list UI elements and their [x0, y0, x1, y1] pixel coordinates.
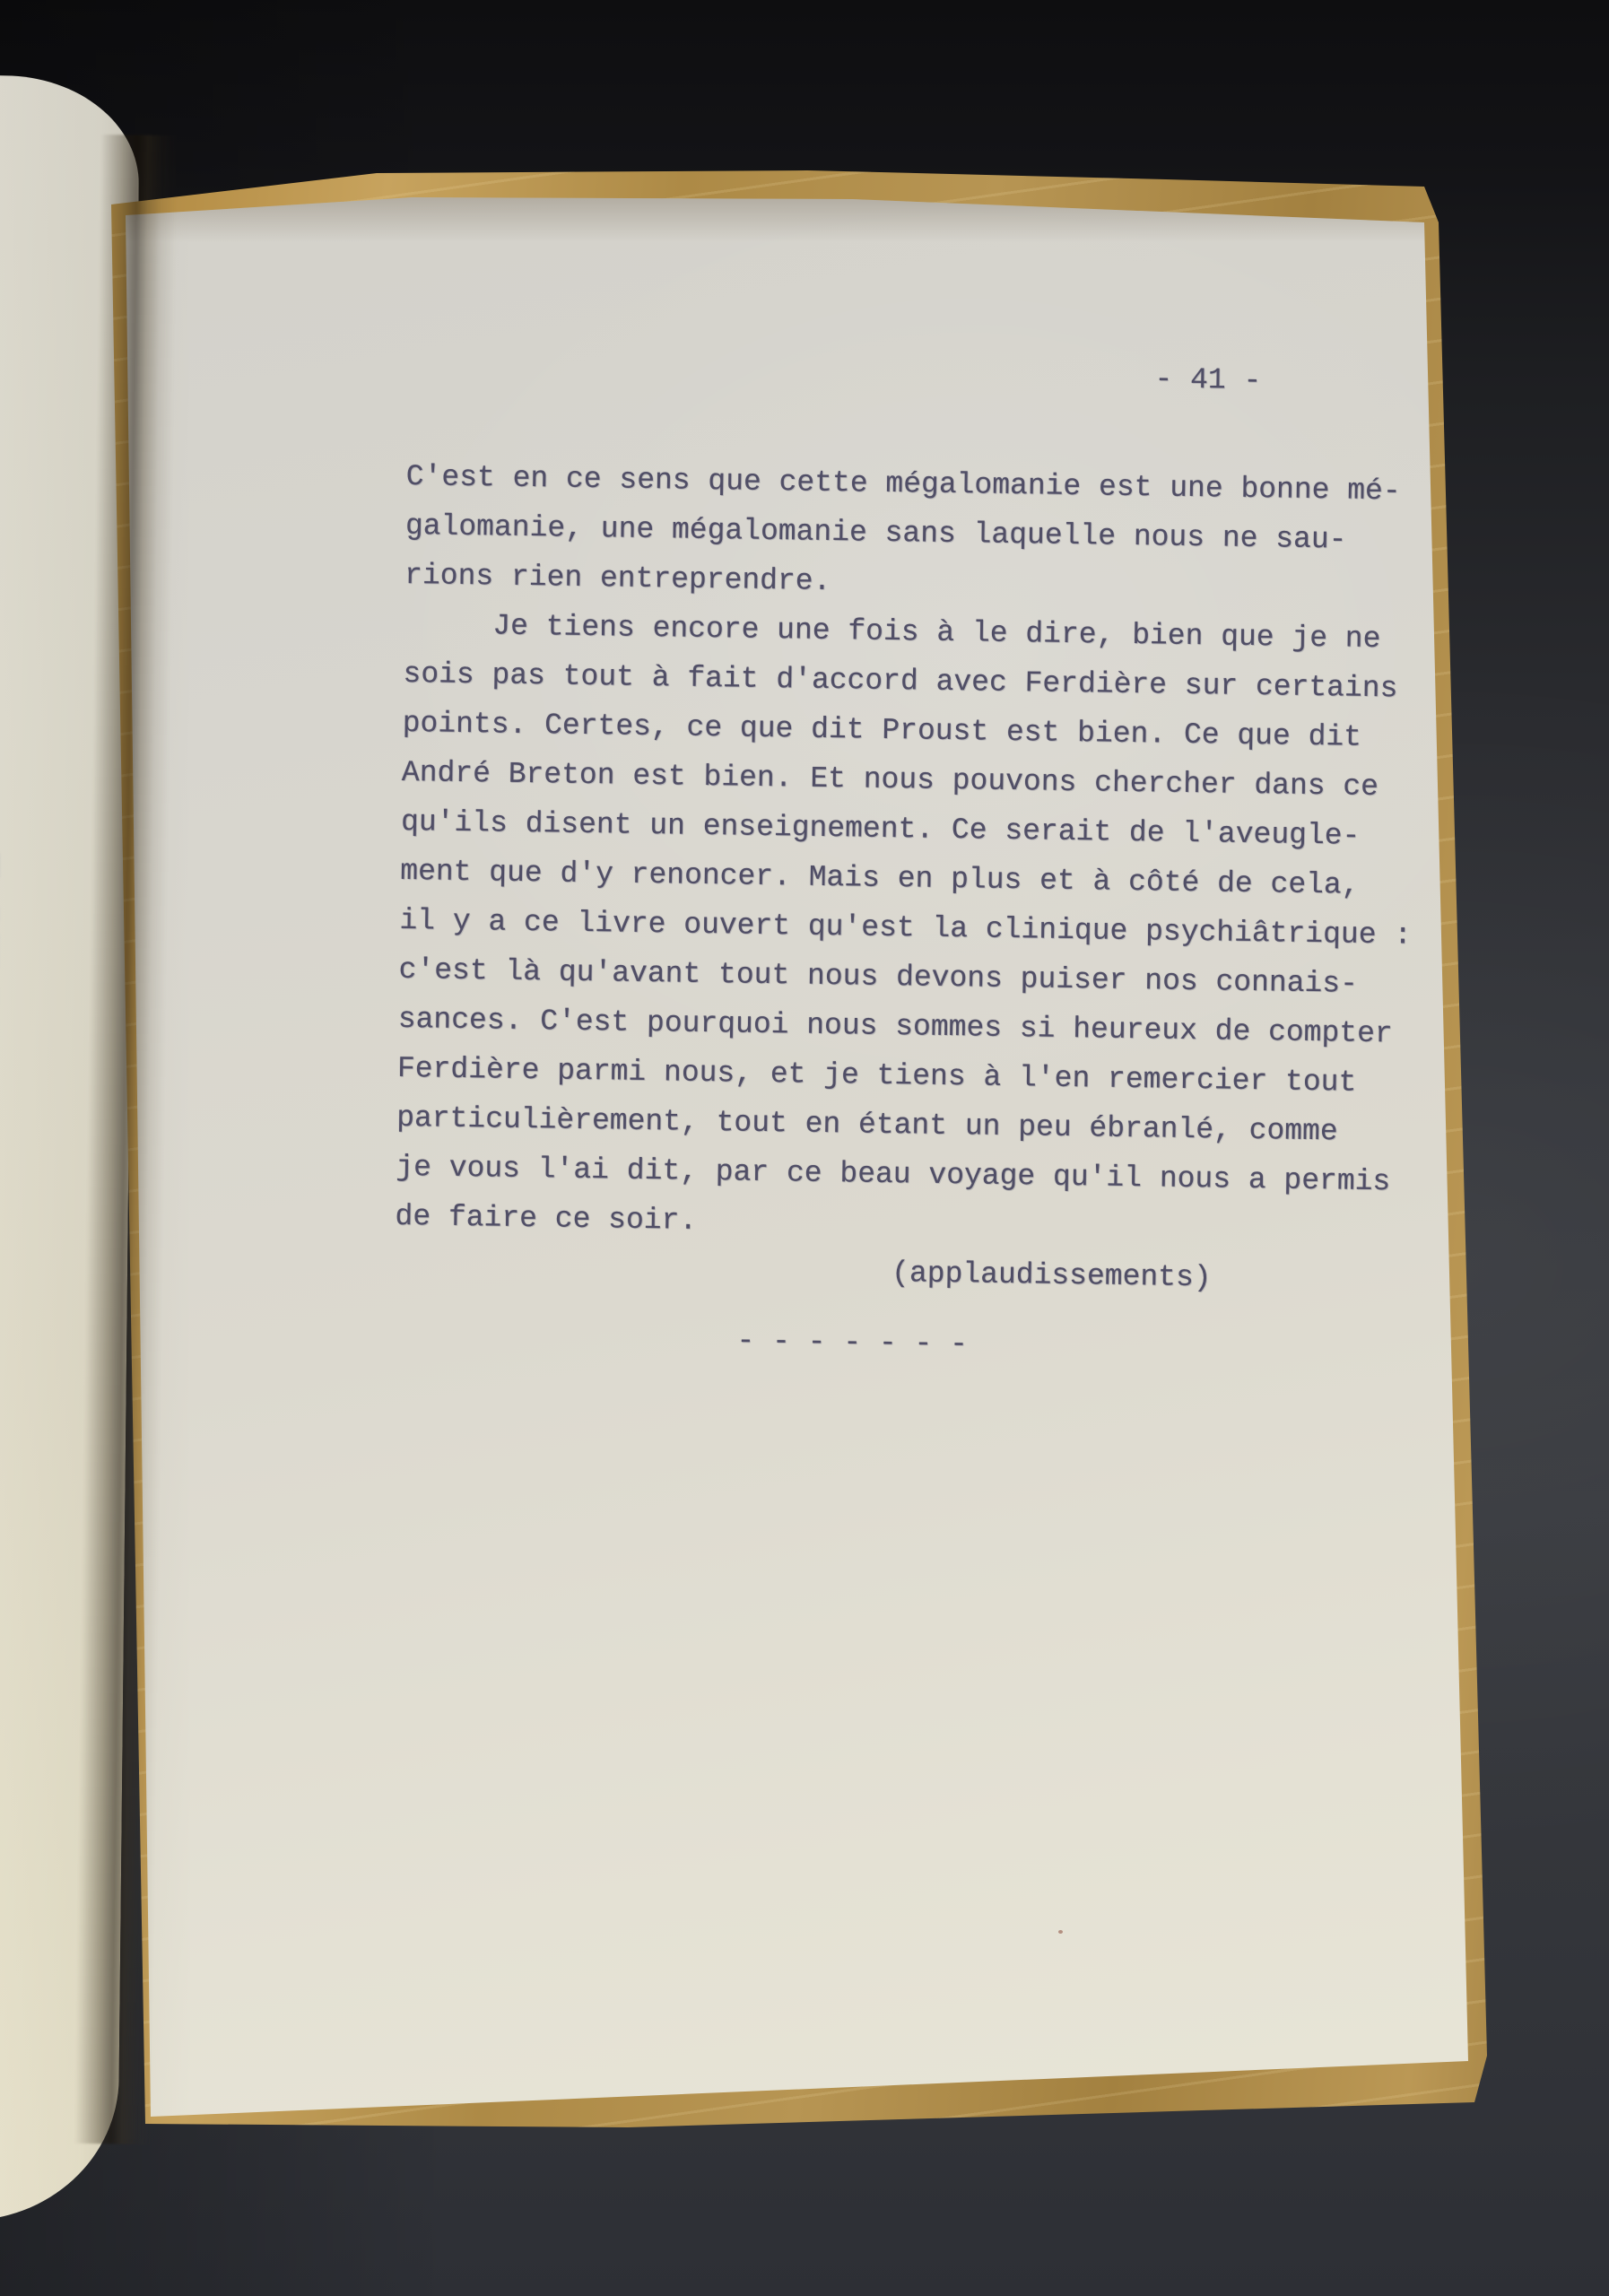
- photographed-typescript-page: - 41 - C'est en ce sens que cette mégalo…: [0, 0, 1609, 2296]
- typewritten-text: C'est en ce sens que cette mégalomanie e…: [394, 452, 1419, 1306]
- separator-dashes: - - - - - - -: [736, 1317, 968, 1370]
- page-number: - 41 -: [1154, 354, 1262, 405]
- paper-speck: [1058, 1930, 1063, 1934]
